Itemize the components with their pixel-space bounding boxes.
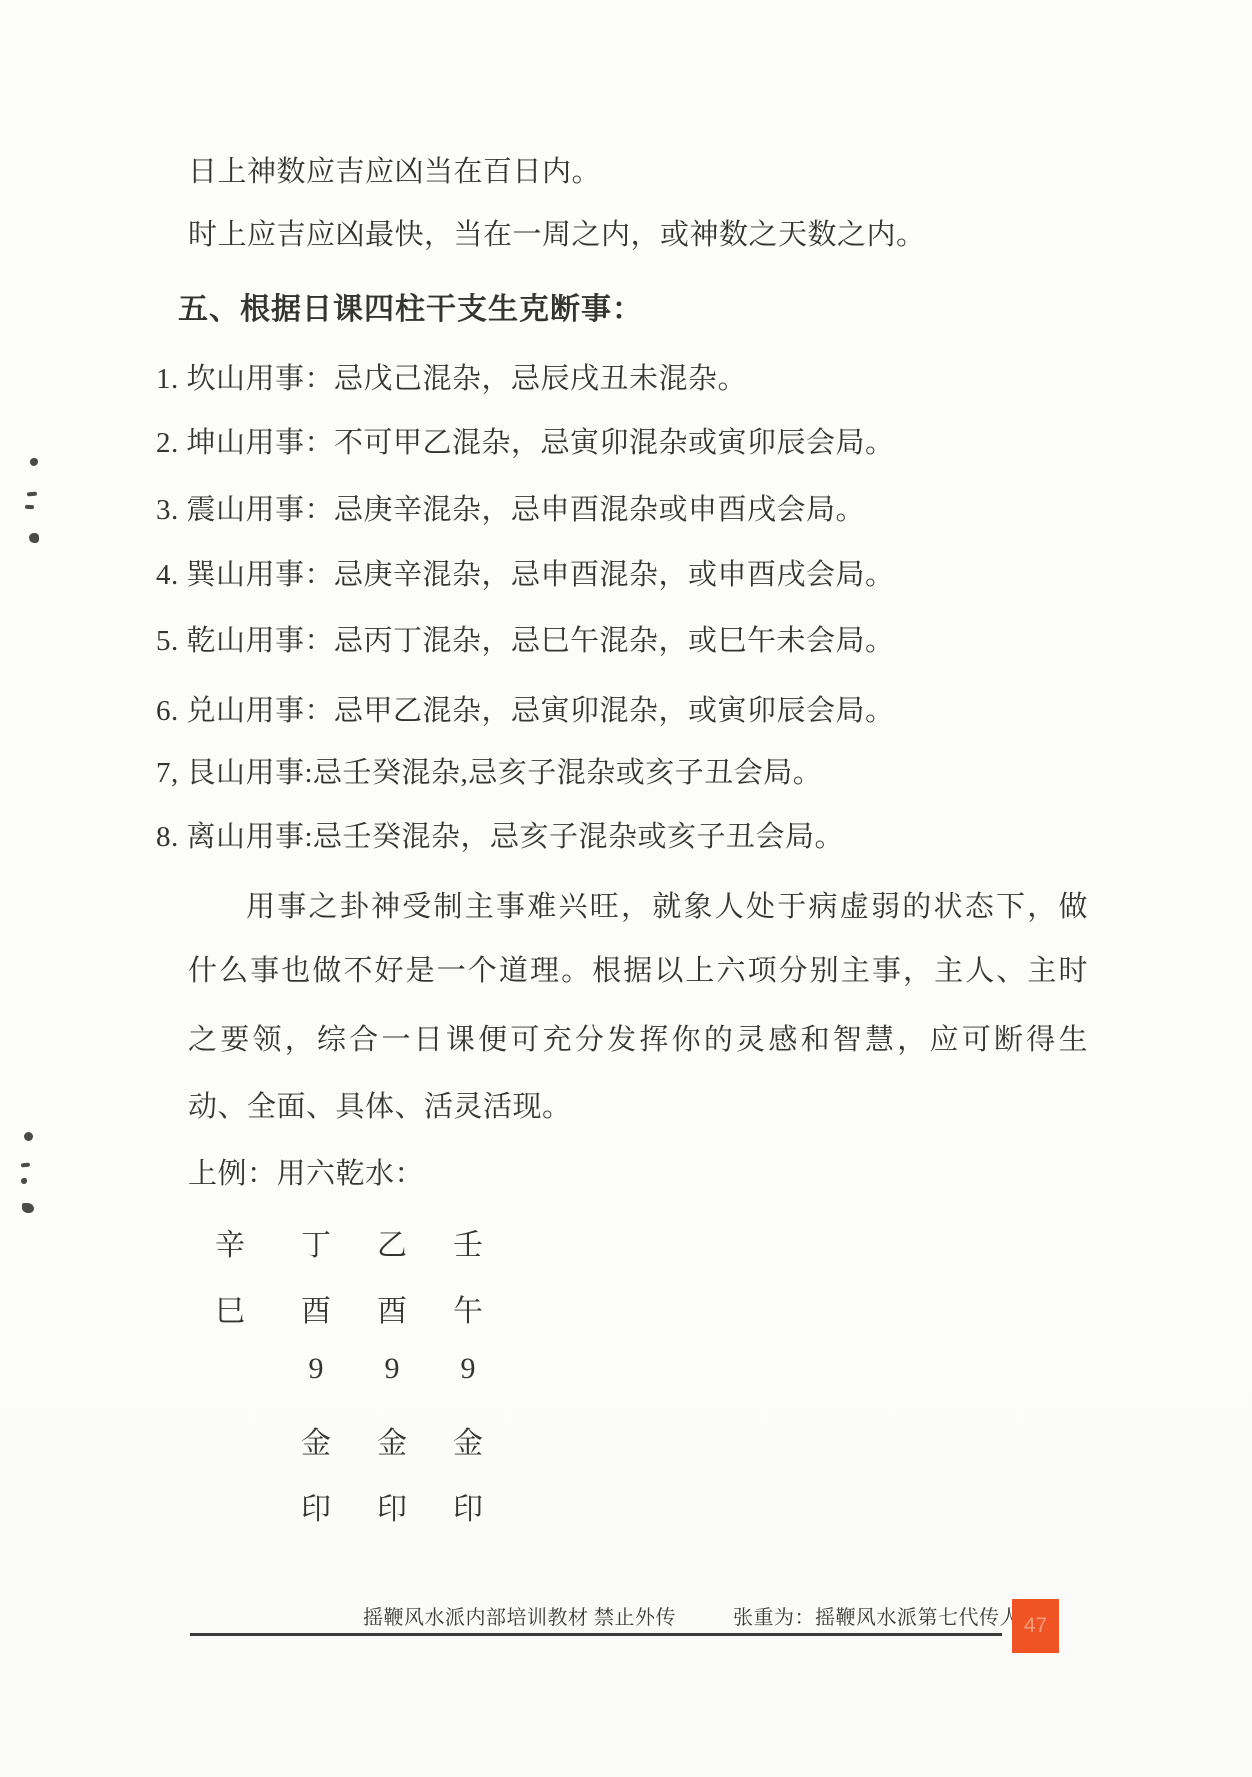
ink-speck bbox=[25, 505, 34, 509]
list-item: 6. 兑山用事：忌甲乙混杂，忌寅卯混杂，或寅卯辰会局。 bbox=[156, 693, 895, 729]
pillar-cell: 印 bbox=[427, 1484, 509, 1550]
pillar-cell: 酉 bbox=[357, 1286, 427, 1352]
page-number-badge: 47 bbox=[1012, 1599, 1059, 1653]
list-item: 4. 巽山用事：忌庚辛混杂，忌申酉混杂，或申酉戌会局。 bbox=[156, 557, 895, 593]
pillar-cell: 金 bbox=[275, 1418, 357, 1484]
pillar-cell: 印 bbox=[275, 1484, 357, 1550]
pillar-cell: 巳 bbox=[185, 1286, 275, 1352]
section-heading: 五、根据日课四柱干支生克断事： bbox=[178, 291, 643, 329]
ink-speck bbox=[21, 1178, 27, 1184]
paragraph-line: 用事之卦神受制主事难兴旺，就象人处于病虚弱的状态下，做 bbox=[246, 889, 1088, 925]
pillar-cell: 印 bbox=[357, 1484, 427, 1550]
list-item: 5. 乾山用事：忌丙丁混杂，忌巳午混杂，或巳午未会局。 bbox=[156, 623, 895, 659]
scanned-document-page: 日上神数应吉应凶当在百日内。 时上应吉应凶最快，当在一周之内，或神数之天数之内。… bbox=[0, 0, 1252, 1777]
footer-rule bbox=[190, 1633, 1002, 1636]
pillar-cell: 9 bbox=[357, 1352, 427, 1418]
ink-speck bbox=[24, 1132, 33, 1141]
list-item: 1. 坎山用事：忌戊己混杂，忌辰戌丑未混杂。 bbox=[156, 361, 747, 397]
ink-speck bbox=[27, 492, 37, 497]
list-item: 2. 坤山用事：不可甲乙混杂，忌寅卯混杂或寅卯辰会局。 bbox=[156, 425, 895, 461]
paragraph-line: 之要领，综合一日课便可充分发挥你的灵感和智慧，应可断得生 bbox=[188, 1022, 1088, 1058]
example-label: 上例：用六乾水： bbox=[188, 1156, 424, 1192]
pillar-cell: 壬 bbox=[427, 1220, 509, 1286]
pillar-cell: 丁 bbox=[275, 1220, 357, 1286]
ink-speck bbox=[30, 458, 38, 466]
pillar-cell: 9 bbox=[275, 1352, 357, 1418]
pillar-cell: 乙 bbox=[357, 1220, 427, 1286]
four-pillars-table: 辛 丁 乙 壬 巳 酉 酉 午 9 9 9 金 金 金 印 印 印 bbox=[185, 1220, 509, 1550]
footer-left-text: 摇鞭风水派内部培训教材 禁止外传 bbox=[363, 1601, 676, 1630]
pillar-cell: 9 bbox=[427, 1352, 509, 1418]
intro-line: 日上神数应吉应凶当在百日内。 bbox=[188, 154, 601, 190]
pillar-cell bbox=[185, 1352, 275, 1418]
footer-right-text: 张重为：摇鞭风水派第七代传人 bbox=[733, 1601, 1020, 1630]
pillar-cell: 金 bbox=[427, 1418, 509, 1484]
list-item: 7, 艮山用事:忌壬癸混杂,忌亥子混杂或亥子丑会局。 bbox=[156, 755, 822, 791]
pillar-cell bbox=[185, 1418, 275, 1484]
ink-speck bbox=[22, 1203, 34, 1213]
pillar-cell: 金 bbox=[357, 1418, 427, 1484]
list-item: 8. 离山用事:忌壬癸混杂，忌亥子混杂或亥子丑会局。 bbox=[156, 819, 844, 855]
pillar-cell bbox=[185, 1484, 275, 1550]
pillar-cell: 酉 bbox=[275, 1286, 357, 1352]
paragraph-line: 什么事也做不好是一个道理。根据以上六项分别主事，主人、主时 bbox=[188, 953, 1088, 989]
pillar-cell: 午 bbox=[427, 1286, 509, 1352]
paragraph-line: 动、全面、具体、活灵活现。 bbox=[188, 1089, 572, 1125]
intro-line: 时上应吉应凶最快，当在一周之内，或神数之天数之内。 bbox=[188, 217, 926, 253]
ink-speck bbox=[29, 533, 39, 543]
ink-speck bbox=[21, 1163, 30, 1168]
pillar-cell: 辛 bbox=[185, 1220, 275, 1286]
list-item: 3. 震山用事：忌庚辛混杂，忌申酉混杂或申酉戌会局。 bbox=[156, 492, 865, 528]
